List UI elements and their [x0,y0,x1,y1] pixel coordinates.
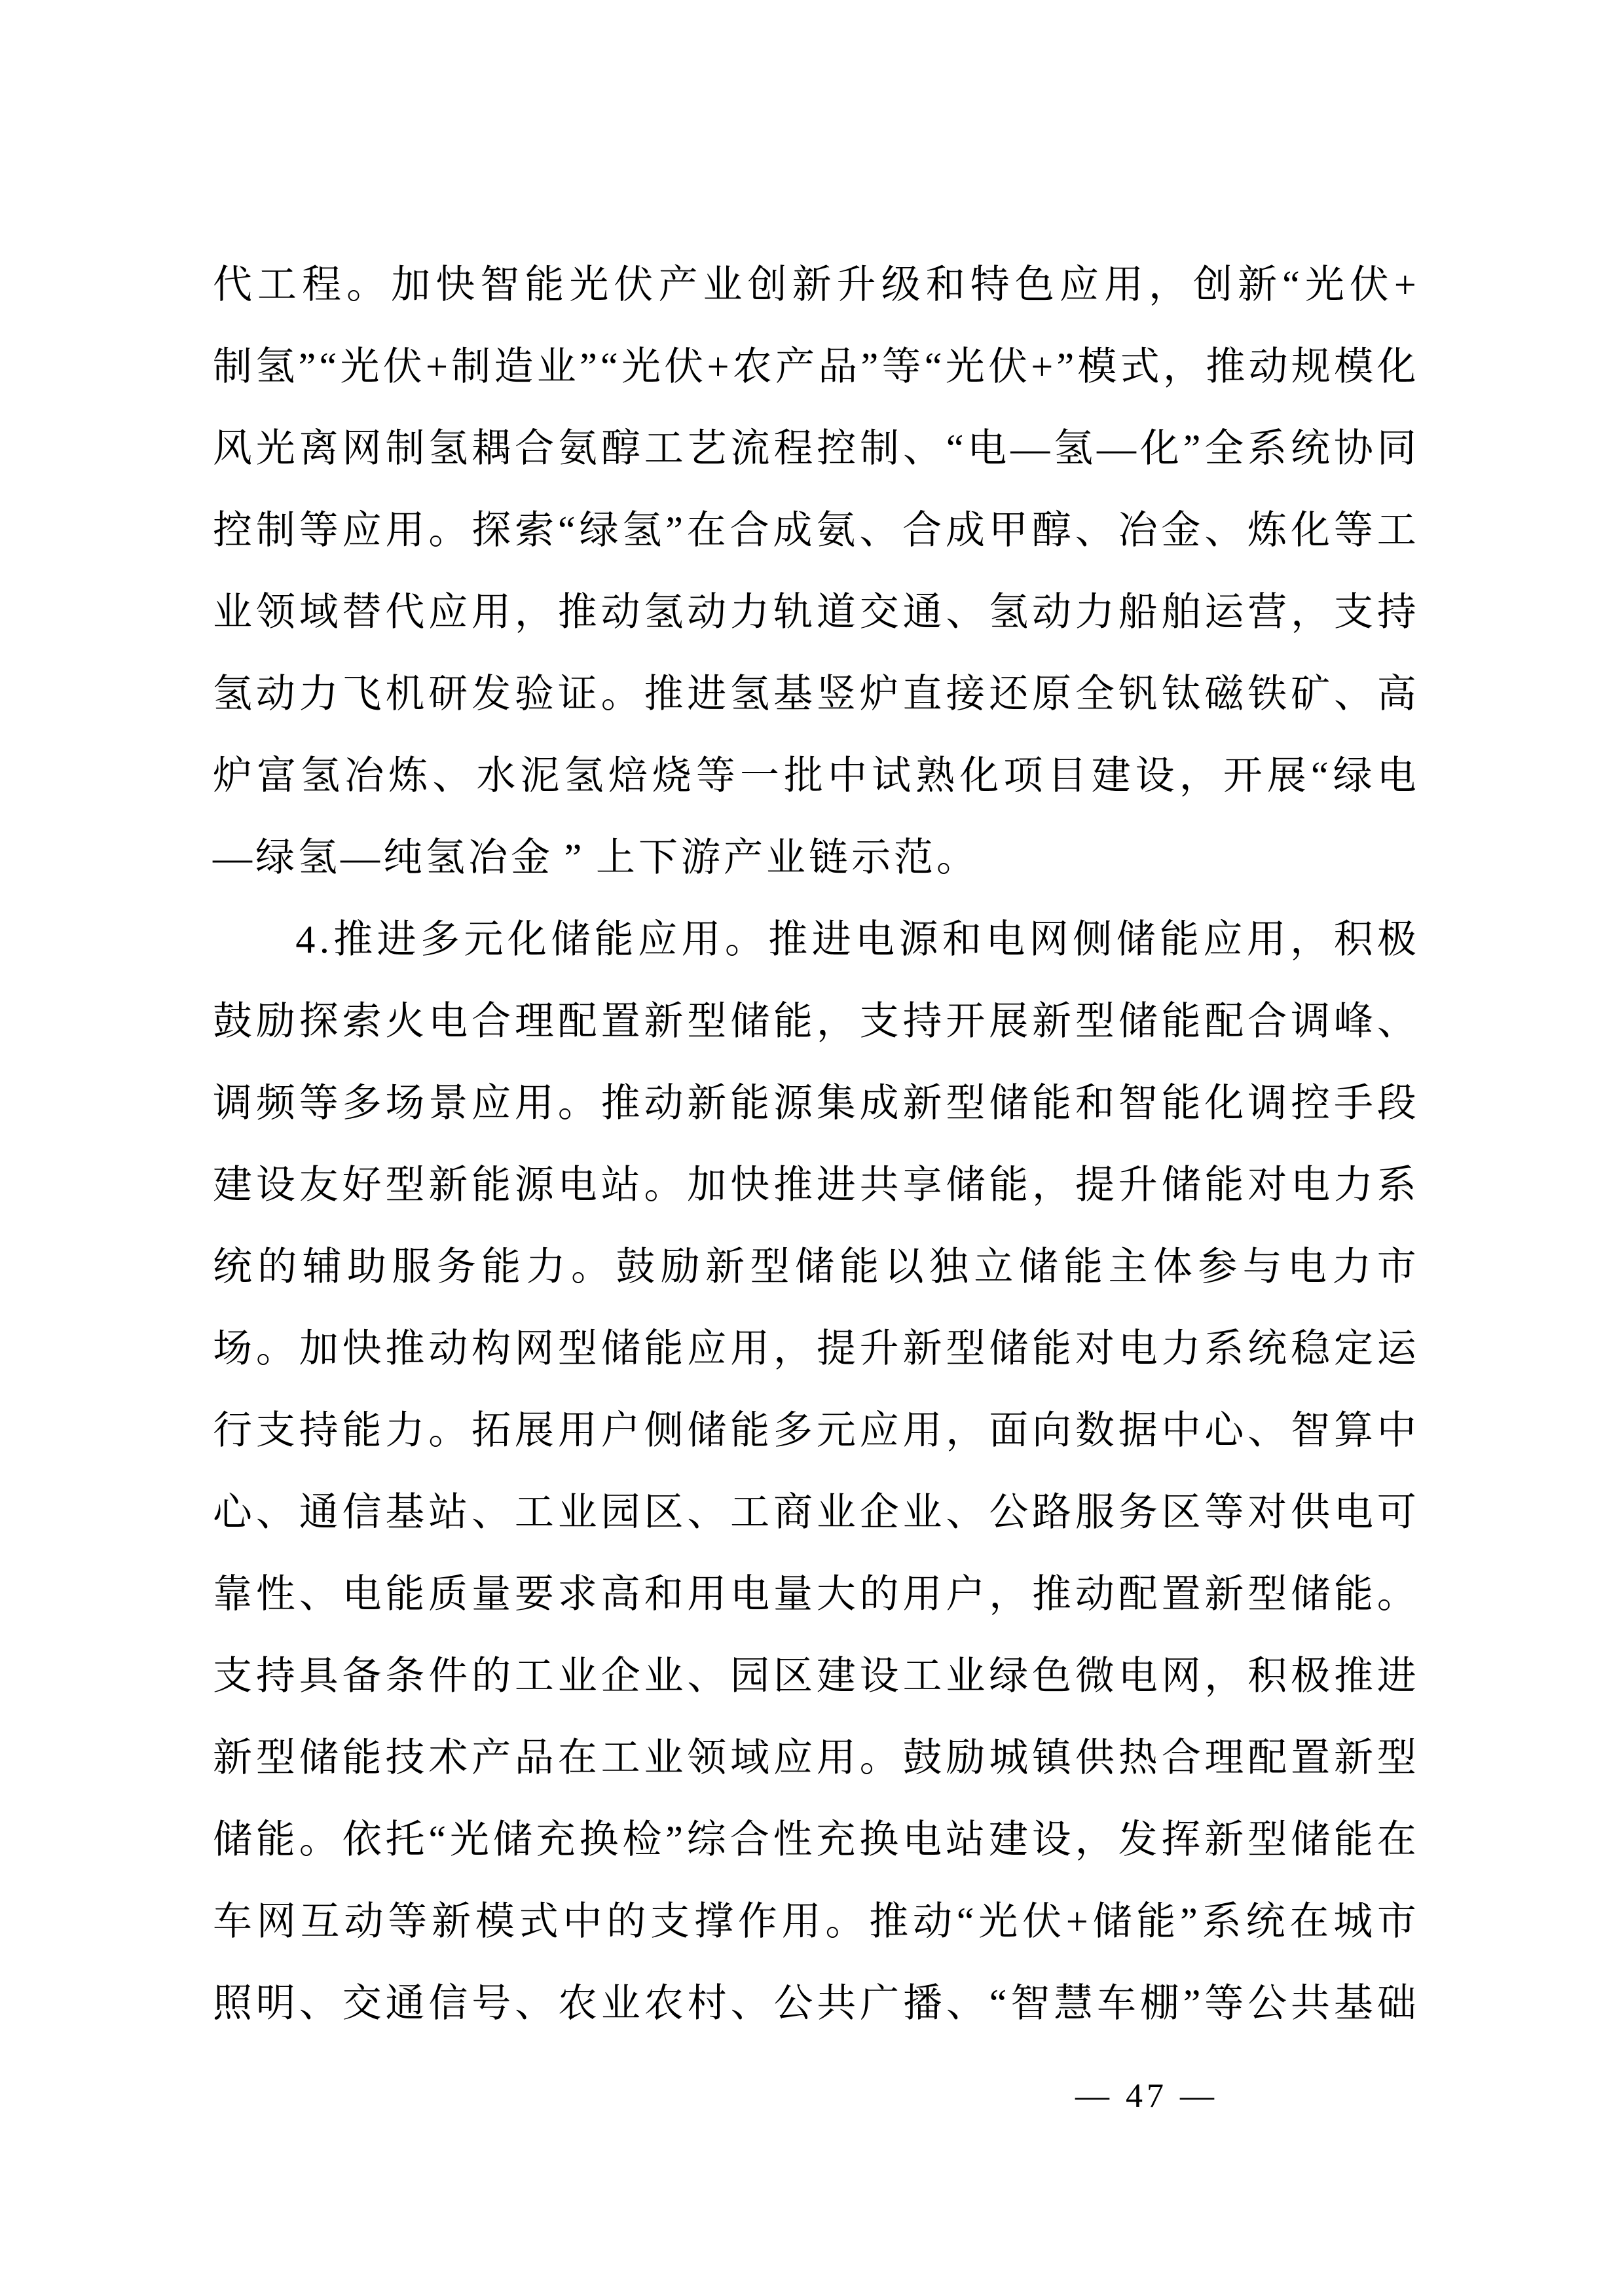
text-line: 储能。依托“光储充换检”综合性充换电站建设，发挥新型储能在 [213,1798,1416,1880]
text-line: 场。加快推动构网型储能应用，提升新型储能对电力系统稳定运 [213,1307,1416,1389]
document-page: 代工程。加快智能光伏产业创新升级和特色应用，创新“光伏+制氢”“光伏+制造业”“… [0,0,1624,2296]
text-line: 靠性、电能质量要求高和用电量大的用户，推动配置新型储能。 [213,1553,1416,1635]
text-line: 建设友好型新能源电站。加快推进共享储能，提升储能对电力系 [213,1144,1416,1226]
text-line: 炉富氢冶炼、水泥氢焙烧等一批中试熟化项目建设，开展“绿电 [213,735,1416,816]
text-line: 氢动力飞机研发验证。推进氢基竖炉直接还原全钒钛磁铁矿、高 [213,653,1416,735]
text-line: 4.推进多元化储能应用。推进电源和电网侧储能应用，积极 [213,898,1416,980]
text-line: 支持具备条件的工业企业、园区建设工业绿色微电网，积极推进 [213,1635,1416,1717]
text-line: 车网互动等新模式中的支撑作用。推动“光伏+储能”系统在城市 [213,1880,1416,1962]
text-line: 业领域替代应用，推动氢动力轨道交通、氢动力船舶运营，支持 [213,571,1416,653]
text-line: 风光离网制氢耦合氨醇工艺流程控制、“电—氢—化”全系统协同 [213,407,1416,489]
text-line: 照明、交通信号、农业农村、公共广播、“智慧车棚”等公共基础 [213,1962,1416,2044]
text-line: 心、通信基站、工业园区、工商业企业、公路服务区等对供电可 [213,1471,1416,1553]
text-line: —绿氢—纯氢冶金”上下游产业链示范。 [213,816,1416,898]
text-line: 代工程。加快智能光伏产业创新升级和特色应用，创新“光伏+ [213,244,1416,325]
text-line: 行支持能力。拓展用户侧储能多元应用，面向数据中心、智算中 [213,1389,1416,1471]
body-text: 代工程。加快智能光伏产业创新升级和特色应用，创新“光伏+制氢”“光伏+制造业”“… [213,244,1416,2044]
text-line: 鼓励探索火电合理配置新型储能，支持开展新型储能配合调峰、 [213,980,1416,1062]
page-number: — 47 — [1016,2077,1278,2115]
text-line: 新型储能技术产品在工业领域应用。鼓励城镇供热合理配置新型 [213,1717,1416,1798]
text-line: 调频等多场景应用。推动新能源集成新型储能和智能化调控手段 [213,1062,1416,1144]
text-line: 统的辅助服务能力。鼓励新型储能以独立储能主体参与电力市 [213,1226,1416,1307]
text-line: 制氢”“光伏+制造业”“光伏+农产品”等“光伏+”模式，推动规模化 [213,325,1416,407]
text-line: 控制等应用。探索“绿氢”在合成氨、合成甲醇、冶金、炼化等工 [213,489,1416,571]
